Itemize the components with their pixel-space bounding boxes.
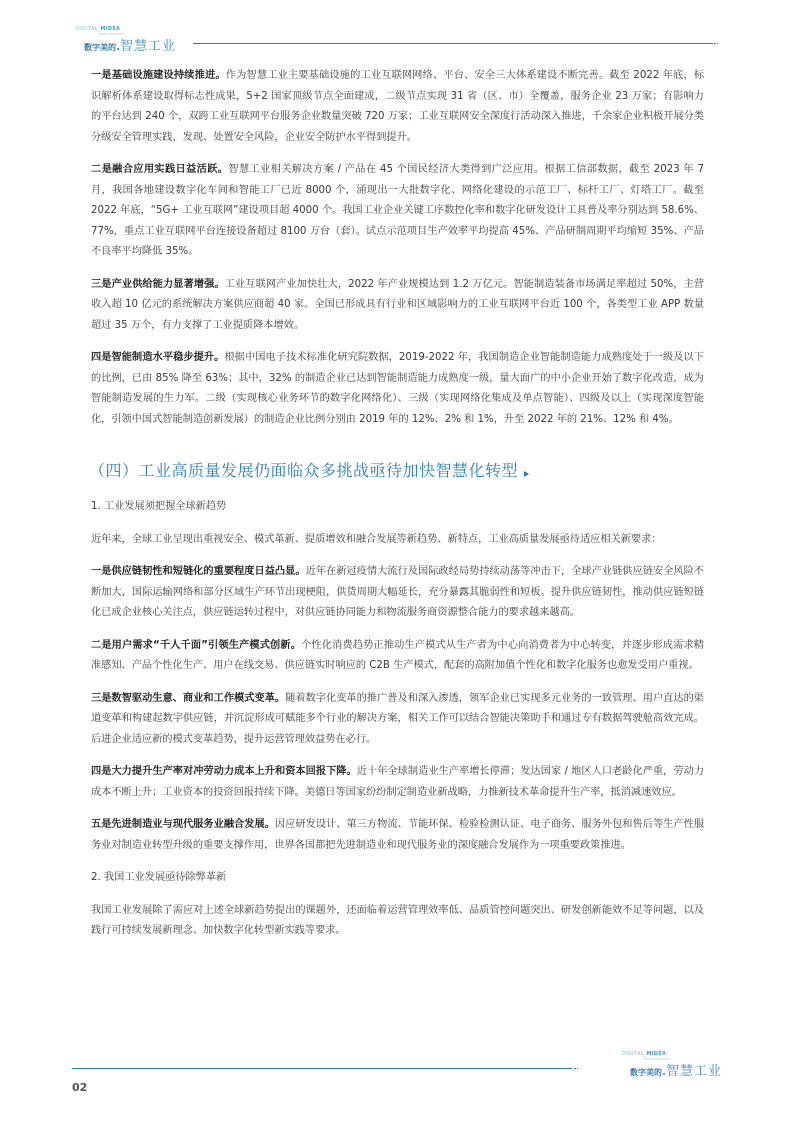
subsection-heading-1: 1. 工业发展须把握全球新趋势: [91, 497, 704, 518]
paragraph-integration: 二是融合应用实践日益活跃。智慧工业相关解决方案 / 产品在 45 个国民经济大类…: [91, 160, 704, 263]
page-number: 02: [72, 1081, 87, 1094]
document-body: 一是基础设施建设持续推进。作为智慧工业主要基础设施的工业互联网网络、平台、安全三…: [91, 66, 704, 954]
logo-main-text: 数字美的智慧工业: [84, 35, 176, 54]
footer-logo: DIGITAL_MIDEA SMART INDUSTRY 数字美的智慧工业: [622, 1051, 732, 1077]
subsection-intro: 近年来，全球工业呈现出重视安全、模式革新、提质增效和融合发展等新趋势、新特点，工…: [91, 530, 704, 551]
trend-item-supply-chain: 一是供应链韧性和短链化的重要程度日益凸显。近年在新冠疫情大流行及国际政经局势持续…: [91, 562, 704, 624]
trend-item-productivity: 四是大力提升生产率对冲劳动力成本上升和资本回报下降。近十年全球制造业生产率增长停…: [91, 762, 704, 803]
subsection-2-body: 我国工业发展除了需应对上述全球新趋势提出的课题外，还面临着运营管理效率低、品质管…: [91, 901, 704, 942]
paragraph-smart-manufacturing: 四是智能制造水平稳步提升。根据中国电子技术标准化研究院数据，2019-2022 …: [91, 348, 704, 430]
header-logo: DIGITAL_MIDEA SMART INDUSTRY 数字美的智慧工业: [76, 26, 186, 52]
trend-item-user-demand: 二是用户需求“千人千面”引领生产模式创新。个性化消费趋势正推动生产模式从生产者为…: [91, 636, 704, 677]
trend-item-service-integration: 五是先进制造业与现代服务业融合发展。因应研发设计、第三方物流、节能环保、检验检测…: [91, 815, 704, 856]
footer-rule-dots: [574, 1068, 578, 1070]
paragraph-infrastructure: 一是基础设施建设持续推进。作为智慧工业主要基础设施的工业互联网网络、平台、安全三…: [91, 66, 704, 148]
section-title: （四）工业高质量发展仍面临众多挑战亟待加快智慧化转型: [89, 458, 704, 481]
trend-item-digital-transformation: 三是数智驱动生意、商业和工作模式变革。随着数字化变革的推广普及和深入渗透，领军企…: [91, 689, 704, 751]
logo-main-text: 数字美的智慧工业: [630, 1060, 722, 1079]
header-rule: [193, 43, 713, 44]
header-rule-dots: [714, 43, 718, 45]
paragraph-supply-capacity: 三是产业供给能力显著增强。工业互联网产业加快壮大，2022 年产业规模达到 1.…: [91, 275, 704, 337]
subsection-heading-2: 2. 我国工业发展亟待除弊革新: [91, 868, 704, 889]
triangle-arrow-icon: [524, 471, 529, 477]
footer-rule: [72, 1068, 572, 1069]
